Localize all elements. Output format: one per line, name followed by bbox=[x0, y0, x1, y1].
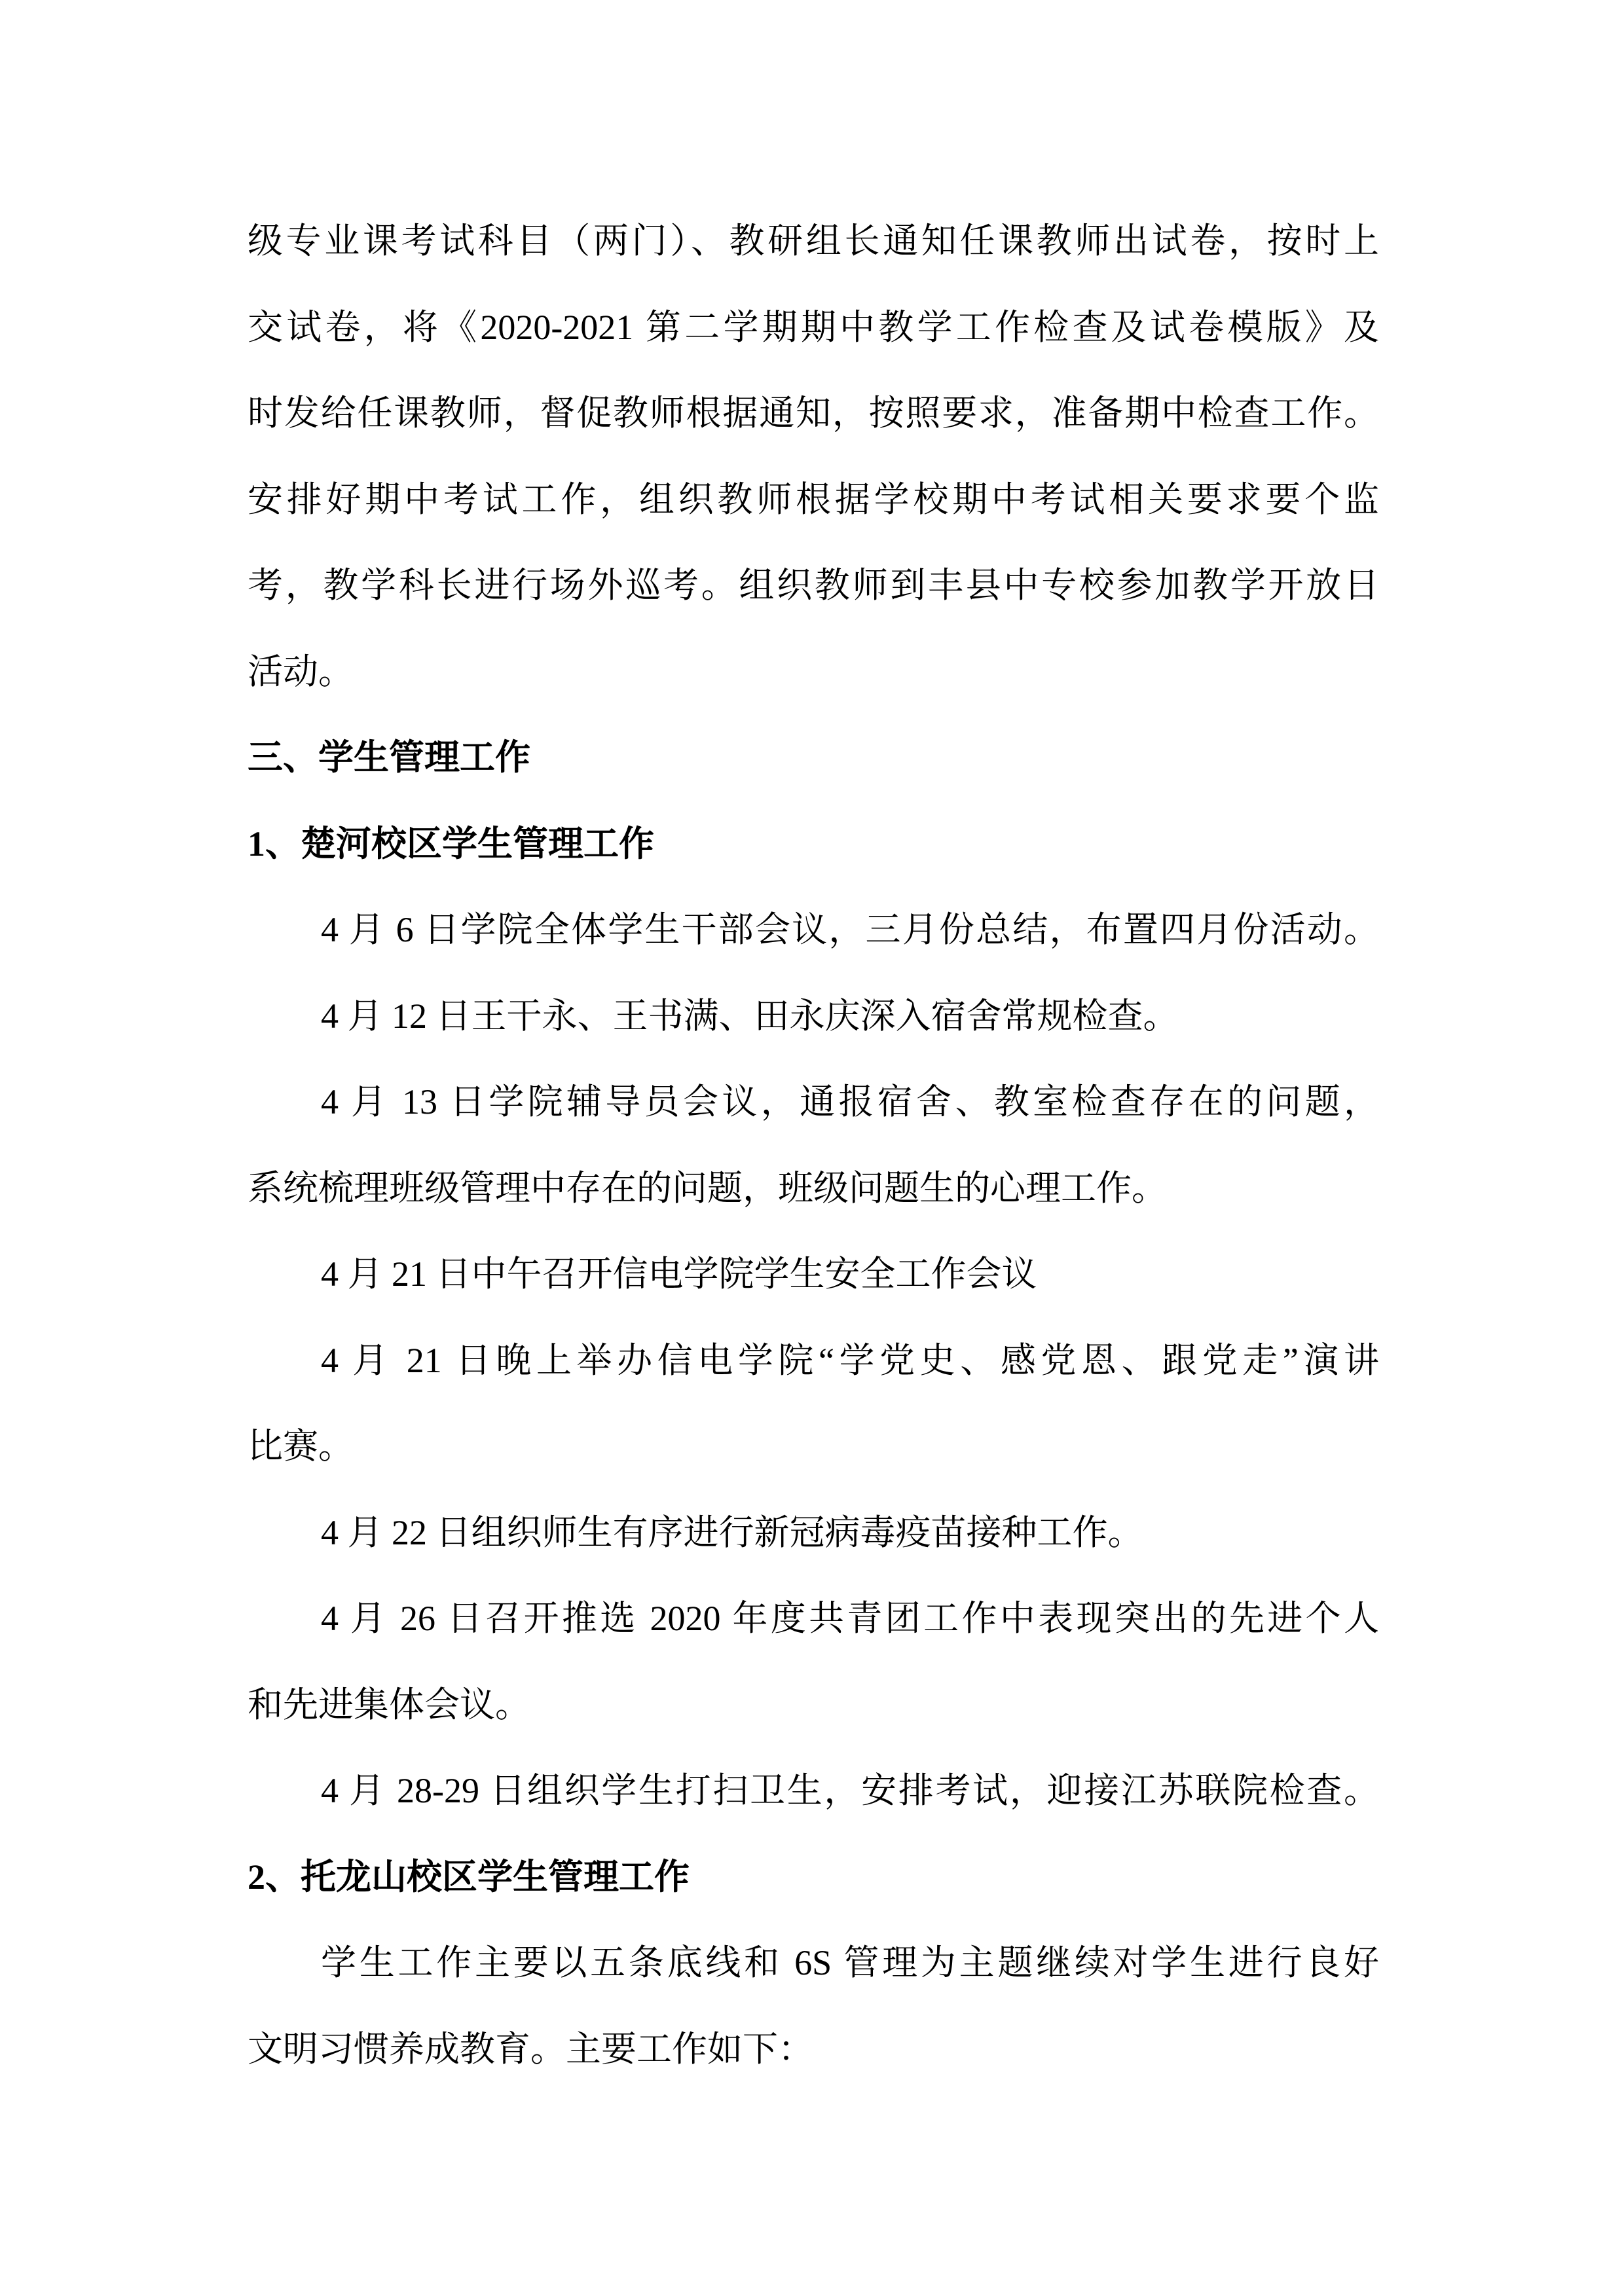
text-line: 4 月 21 日中午召开信电学院学生安全工作会议 bbox=[248, 1231, 1379, 1318]
heading-line: 三、学生管理工作 bbox=[248, 715, 1379, 801]
heading-line: 2、托龙山校区学生管理工作 bbox=[248, 1834, 1379, 1921]
document-lines: 级专业课考试科目（两门）、教研组长通知任课教师出试卷，按时上交试卷，将《2020… bbox=[248, 198, 1379, 2092]
text-line: 4 月 22 日组织师生有序进行新冠病毒疫苗接种工作。 bbox=[248, 1490, 1379, 1576]
text-line: 和先进集体会议。 bbox=[248, 1662, 1379, 1749]
document-page: 级专业课考试科目（两门）、教研组长通知任课教师出试卷，按时上交试卷，将《2020… bbox=[0, 0, 1624, 2296]
text-line: 4 月 12 日王干永、王书满、田永庆深入宿舍常规检查。 bbox=[248, 974, 1379, 1060]
text-line: 考，教学科长进行场外巡考。组织教师到丰县中专校参加教学开放日 bbox=[248, 543, 1379, 629]
text-line: 时发给任课教师，督促教师根据通知，按照要求，准备期中检查工作。 bbox=[248, 371, 1379, 457]
text-line: 4 月 21 日晚上举办信电学院“学党史、感党恩、跟党走”演讲 bbox=[248, 1318, 1379, 1404]
text-line: 4 月 28-29 日组织学生打扫卫生，安排考试，迎接江苏联院检查。 bbox=[248, 1748, 1379, 1834]
text-line: 4 月 13 日学院辅导员会议，通报宿舍、教室检查存在的问题， bbox=[248, 1059, 1379, 1146]
text-line: 级专业课考试科目（两门）、教研组长通知任课教师出试卷，按时上 bbox=[248, 198, 1379, 285]
text-line: 比赛。 bbox=[248, 1404, 1379, 1490]
heading-line: 1、楚河校区学生管理工作 bbox=[248, 801, 1379, 888]
text-line: 学生工作主要以五条底线和 6S 管理为主题继续对学生进行良好 bbox=[248, 1920, 1379, 2007]
text-line: 安排好期中考试工作，组织教师根据学校期中考试相关要求要个监 bbox=[248, 457, 1379, 543]
text-line: 4 月 26 日召开推选 2020 年度共青团工作中表现突出的先进个人 bbox=[248, 1576, 1379, 1662]
text-line: 4 月 6 日学院全体学生干部会议，三月份总结，布置四月份活动。 bbox=[248, 887, 1379, 974]
text-line: 文明习惯养成教育。主要工作如下： bbox=[248, 2007, 1379, 2093]
text-line: 系统梳理班级管理中存在的问题，班级问题生的心理工作。 bbox=[248, 1146, 1379, 1232]
text-line: 交试卷，将《2020-2021 第二学期期中教学工作检查及试卷模版》及 bbox=[248, 285, 1379, 371]
text-line: 活动。 bbox=[248, 629, 1379, 716]
